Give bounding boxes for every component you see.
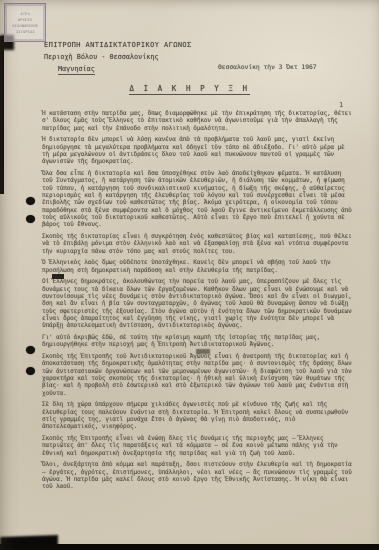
stamp-text-line: ΑΡΧΕΙΟ xyxy=(18,17,32,22)
paragraph: Οἱ Ἕλληνες δημοκράτες, ἀκολουθώντας τὴν … xyxy=(42,278,354,329)
paragraph: Γι' αὐτὸ ἀκριβῶς ἐδῶ, σὲ τούτη τὴν κρίσι… xyxy=(42,334,354,349)
margin-dot xyxy=(26,215,35,223)
scanned-document-page: ΑΤΕΛ ΑΡΧΕΙΟ ΟΙΚΟΝΟΜΙΚΗΣ ΙΣΤΟΡΙΑΣ ΕΠΙΤΡΟΠ… xyxy=(0,0,379,550)
paragraph: Ὅλοι, ἀνεξάρτητα ἀπὸ κόμμα καὶ παράταξη,… xyxy=(42,461,354,490)
paragraph: Ἡ δικτατορία δὲν μπορεῖ νὰ λύσῃ κανένα ἀ… xyxy=(42,136,354,165)
stamp-text-line: ΙΣΤΟΡΙΑΣ xyxy=(16,29,35,34)
paragraph: Σκοπὸς τῆς Ἐπιτροπῆς εἶναι νὰ ἑνώσῃ ὅλες… xyxy=(42,435,354,457)
page-mark: 1 xyxy=(339,101,343,109)
ink-heavy-mark xyxy=(196,349,210,354)
organization-name: ΕΠΙΤΡΟΠΗ ΑΝΤΙΔΙΚΤΑΤΟΡΙΚΟΥ ΑΓΩΝΟΣ xyxy=(44,41,192,49)
date-line: Θεσσαλονίκη τὴν 3 Ὀκτ 1967 xyxy=(218,64,317,71)
margin-dot xyxy=(26,367,35,375)
scan-edge-bottom xyxy=(0,544,379,550)
paragraph: Ἡ κατάσταση στὴν πατρίδα μας, ὅπως διαμο… xyxy=(42,110,354,132)
paragraph: Σὲ ὅλη τὴ χώρα ὑπάρχουν σήμερα χιλιάδες … xyxy=(42,401,354,430)
archive-stamp: ΑΤΕΛ ΑΡΧΕΙΟ ΟΙΚΟΝΟΜΙΚΗΣ ΙΣΤΟΡΙΑΣ xyxy=(4,3,46,42)
scan-edge-left xyxy=(0,36,4,194)
paragraph: Ὅλα ὅσα εἶπε ἡ δικτατορία καὶ ὅσα ὑποσχέ… xyxy=(42,170,354,228)
paragraph: Σκοπὸς τῆς Ἐπιτροπῆς τοῦ Ἀντιδικτατορικο… xyxy=(42,353,354,397)
region-line: Περιοχὴ Βόλου - Θεσσαλονίκης xyxy=(44,53,159,61)
document-body: Ἡ κατάσταση στὴν πατρίδα μας, ὅπως διαμο… xyxy=(42,110,354,495)
paragraph: Ὁ Ἑλληνικὸς λαὸς ὅμως οὐδέποτε ὑποτάχθηκ… xyxy=(42,259,354,274)
department-line: Μαγνησίας xyxy=(58,65,95,75)
stamp-text-line: ΟΙΚΟΝΟΜΙΚΗΣ xyxy=(12,23,38,28)
ink-blot-mark xyxy=(52,274,64,279)
margin-dot xyxy=(26,346,35,354)
document-title-text: Δ Ι Α Κ Η Ρ Υ Ξ Η xyxy=(129,84,249,95)
margin-dot xyxy=(26,197,35,205)
stamp-text-line: ΑΤΕΛ xyxy=(20,11,29,16)
paragraph: Σκοπὸς τῆς δικτατορίας εἶναι ἡ συγκρότησ… xyxy=(42,233,354,255)
document-title: Δ Ι Α Κ Η Ρ Υ Ξ Η xyxy=(0,84,379,93)
